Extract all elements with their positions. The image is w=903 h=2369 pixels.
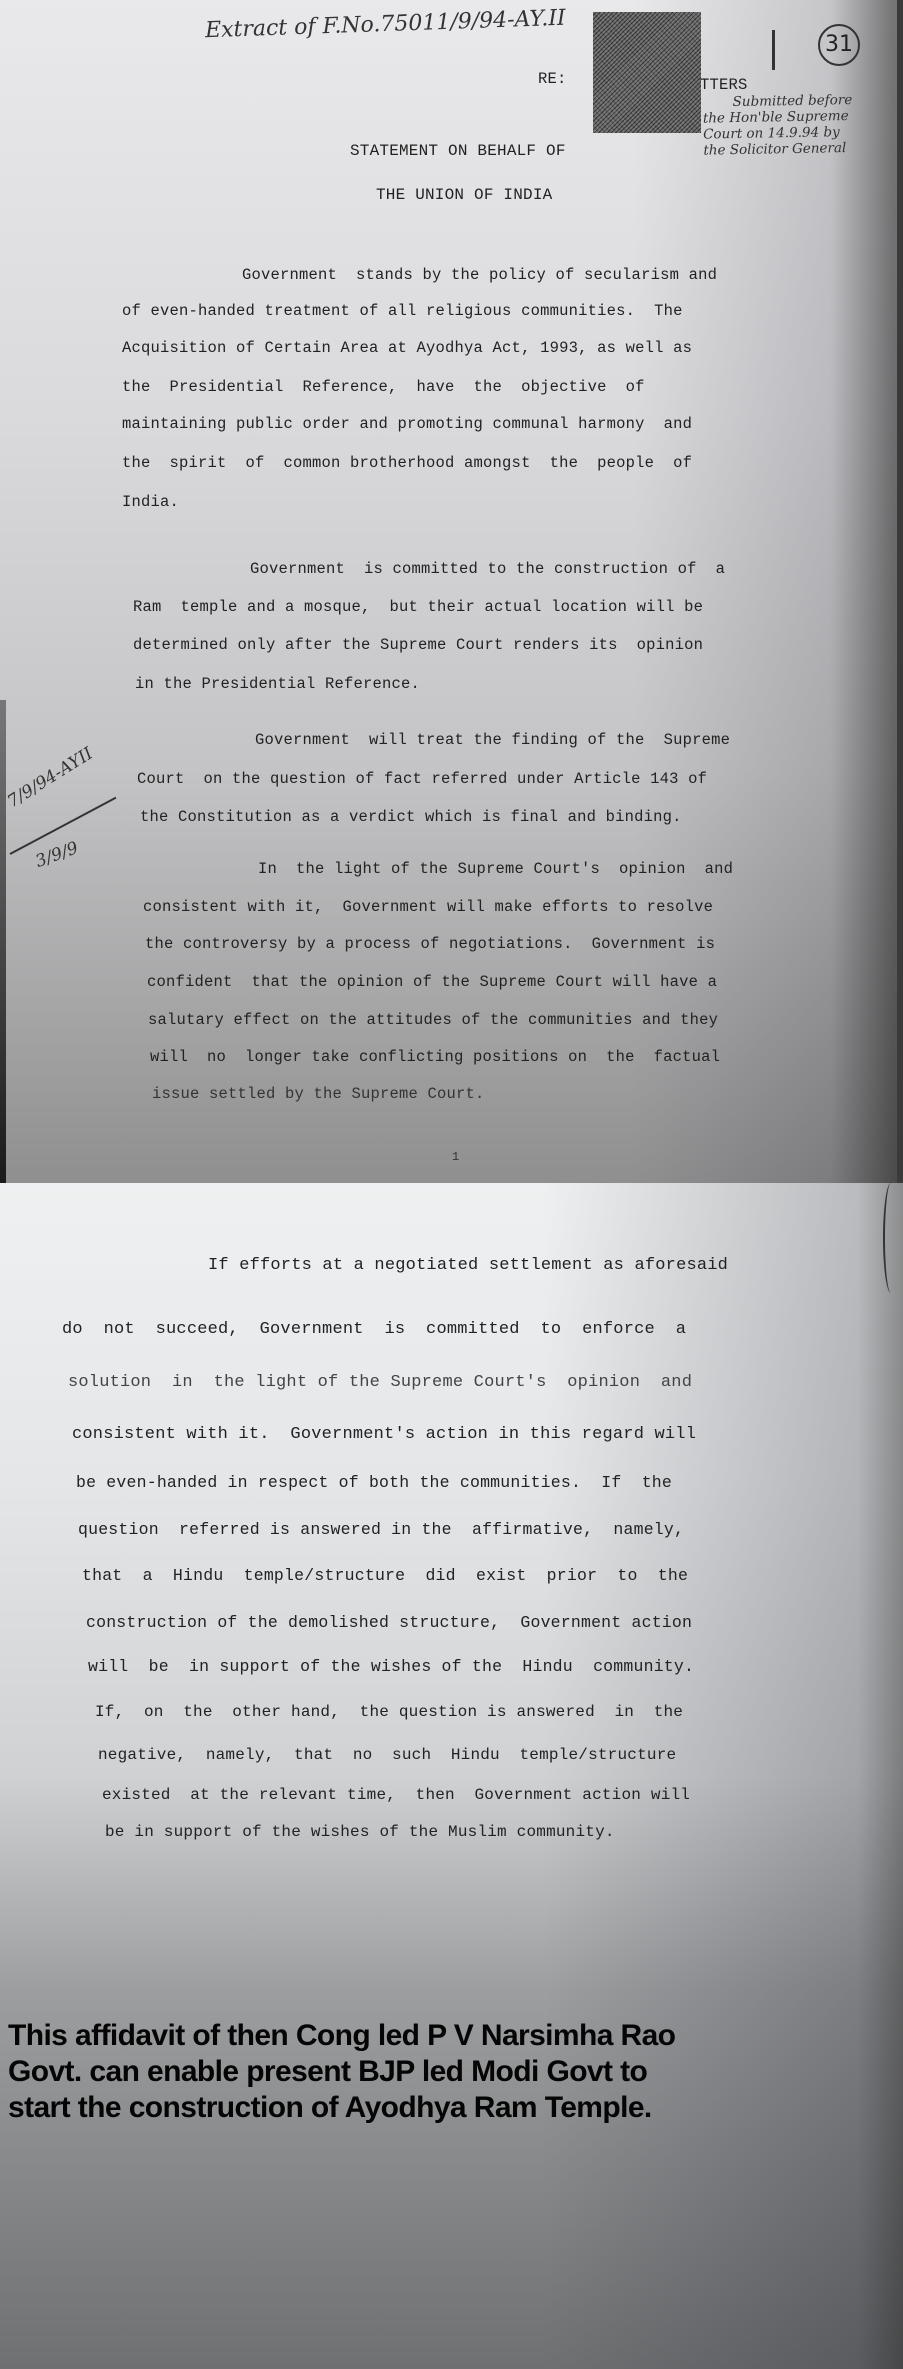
statement-title-line2: THE UNION OF INDIA — [376, 186, 552, 204]
text-line: consistent with it. Government's action … — [72, 1425, 696, 1444]
page-number: 1 — [452, 1150, 459, 1164]
text-line: solution in the light of the Supreme Cou… — [68, 1373, 692, 1392]
text-line: be even-handed in respect of both the co… — [76, 1473, 672, 1492]
statement-title-line1: STATEMENT ON BEHALF OF — [350, 142, 566, 160]
text-line: the spirit of common brotherhood amongst… — [122, 454, 692, 472]
text-line: Government is committed to the construct… — [250, 560, 725, 578]
text-line: If, on the other hand, the question is a… — [95, 1703, 683, 1721]
text-line: salutary effect on the attitudes of the … — [148, 1011, 718, 1029]
text-line: determined only after the Supreme Court … — [133, 636, 703, 654]
text-line: the Constitution as a verdict which is f… — [140, 808, 682, 826]
redacted-block — [593, 12, 701, 133]
text-line: in the Presidential Reference. — [135, 675, 420, 693]
caption-line: This affidavit of then Cong led P V Nars… — [8, 2018, 898, 2054]
text-line: confident that the opinion of the Suprem… — [147, 973, 717, 991]
text-line: If efforts at a negotiated settlement as… — [208, 1256, 728, 1275]
text-line: consistent with it, Government will make… — [143, 898, 713, 916]
text-line: be in support of the wishes of the Musli… — [105, 1823, 615, 1841]
page-edge-shadow — [897, 0, 903, 1183]
margin-note-file: 7/9/94-AYII — [4, 744, 97, 812]
text-line: maintaining public order and promoting c… — [122, 415, 692, 433]
caption-line: start the construction of Ayodhya Ram Te… — [8, 2090, 898, 2126]
text-line: India. — [122, 493, 179, 511]
text-line: question referred is answered in the aff… — [78, 1520, 684, 1539]
caption-line: Govt. can enable present BJP led Modi Go… — [8, 2054, 898, 2090]
text-line: Acquisition of Certain Area at Ayodhya A… — [122, 339, 692, 357]
text-line: Court on the question of fact referred u… — [137, 770, 707, 788]
text-line: the controversy by a process of negotiat… — [145, 935, 715, 953]
text-line: will no longer take conflicting position… — [150, 1048, 720, 1066]
text-line: existed at the relevant time, then Gover… — [102, 1786, 690, 1804]
page-edge-shadow-left — [0, 700, 6, 1183]
text-line: that a Hindu temple/structure did exist … — [82, 1566, 688, 1585]
text-line: Government will treat the finding of the… — [255, 731, 730, 749]
page-marker-circled: 31 — [818, 24, 860, 66]
text-line: issue settled by the Supreme Court. — [152, 1085, 485, 1103]
text-line: construction of the demolished structure… — [86, 1613, 692, 1632]
re-line-prefix: RE: — [538, 70, 567, 88]
handwritten-file-reference: Extract of F.No.75011/9/94-AY.II — [205, 6, 566, 44]
note-line: the Solicitor General — [703, 140, 853, 159]
re-line-suffix: TTERS — [700, 76, 748, 94]
text-line: will be in support of the wishes of the … — [88, 1657, 694, 1676]
page-curl-mark — [883, 1183, 899, 1293]
handwritten-submission-note: Submitted before the Hon'ble Supreme Cou… — [732, 92, 853, 158]
overlay-caption: This affidavit of then Cong led P V Nars… — [8, 2018, 898, 2126]
text-line: do not succeed, Government is committed … — [62, 1320, 686, 1339]
text-line: the Presidential Reference, have the obj… — [122, 378, 645, 396]
document-page-2: If efforts at a negotiated settlement as… — [0, 1183, 903, 2369]
text-line: Government stands by the policy of secul… — [242, 266, 717, 284]
text-line: negative, namely, that no such Hindu tem… — [98, 1746, 676, 1764]
margin-note-date: 3/9/9 — [33, 838, 81, 872]
document-page-1: Extract of F.No.75011/9/94-AY.II RE: TTE… — [0, 0, 903, 1183]
text-line: In the light of the Supreme Court's opin… — [258, 860, 733, 878]
vertical-mark — [772, 30, 775, 70]
text-line: Ram temple and a mosque, but their actua… — [133, 598, 703, 616]
text-line: of even-handed treatment of all religiou… — [122, 302, 683, 320]
